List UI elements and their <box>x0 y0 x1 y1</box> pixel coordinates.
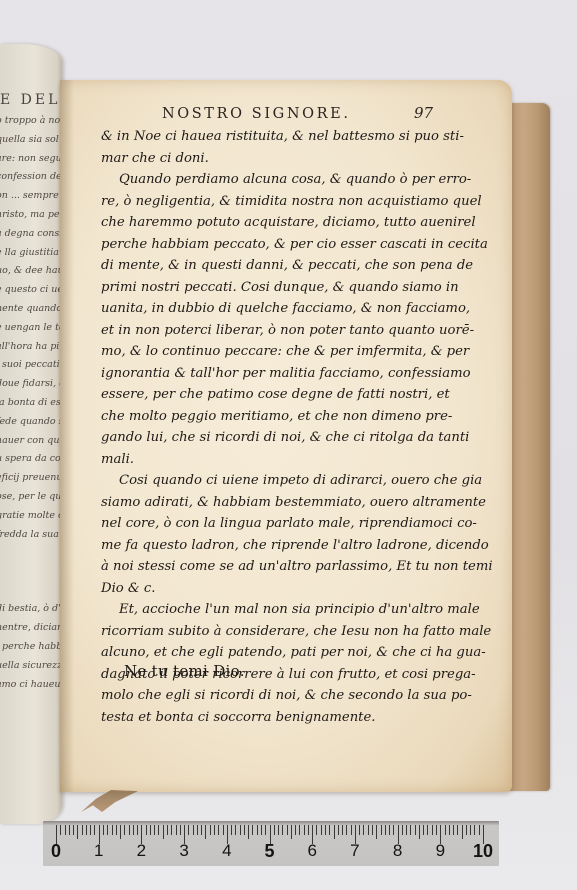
ruler-tick <box>180 825 181 835</box>
left-page-line: uella sicurezza <box>0 657 62 676</box>
ruler-tick <box>146 825 147 835</box>
ruler-tick <box>381 825 382 835</box>
ruler-tick <box>470 825 471 835</box>
ruler-tick <box>274 825 275 835</box>
left-page-line: , perche habbia <box>0 638 62 657</box>
text-line: essere, per che patimo cose degne de fat… <box>101 384 437 406</box>
ruler-label: 9 <box>436 841 445 861</box>
ruler-tick <box>214 825 215 835</box>
left-page-line: eficij preuenuto <box>0 469 62 488</box>
ruler-tick <box>257 825 258 835</box>
running-head-title: NOSTRO SIGNORE. <box>162 106 351 122</box>
ruler-tick <box>188 825 189 835</box>
ruler-tick <box>466 825 467 835</box>
left-page-line: a degna consideratio <box>0 225 62 244</box>
running-head: NOSTRO SIGNORE. 97 <box>162 106 452 122</box>
ruler-tick <box>158 825 159 835</box>
ruler-tick <box>372 825 373 835</box>
ruler-tick <box>265 825 266 835</box>
text-line: Dio & c. <box>101 578 437 600</box>
gutter-shadow <box>60 80 74 792</box>
ruler-tick <box>94 825 95 835</box>
ruler-tick <box>171 825 172 835</box>
ruler-tick <box>65 825 66 835</box>
ruler-tick <box>351 825 352 835</box>
left-page-line: amo ci haueua <box>0 676 62 695</box>
ruler-tick <box>201 825 202 835</box>
text-line: primi nostri peccati. Cosi dunque, & qua… <box>101 277 437 299</box>
text-line: re, ò negligentia, & timidita nostra non… <box>101 191 437 213</box>
ruler-tick <box>316 825 317 835</box>
left-page-line: nentre, diciamo <box>0 619 62 638</box>
left-page-line: i suoi peccati, & <box>0 356 62 375</box>
ruler-label: 8 <box>393 841 402 861</box>
ruler-tick <box>150 825 151 835</box>
left-page-line: hauer con quello <box>0 432 62 451</box>
ruler-tick <box>107 825 108 835</box>
text-line: uanita, in dubbio di quelche facciamo, &… <box>101 298 437 320</box>
text-line: di mente, & in questi danni, & peccati, … <box>101 255 437 277</box>
ruler-tick <box>321 825 322 835</box>
left-page-line: fede quando s'hau <box>0 413 62 432</box>
ruler-tick <box>308 825 309 835</box>
ruler-label: 10 <box>473 841 493 862</box>
left-page-line: e questo ci uengo <box>0 281 62 300</box>
ruler-tick <box>304 825 305 835</box>
ruler-tick <box>449 825 450 835</box>
ruler-tick <box>167 825 168 835</box>
ruler-tick <box>342 825 343 835</box>
text-line: ricorriam subito à considerare, che Iesu… <box>101 621 437 643</box>
ruler-tick <box>235 825 236 835</box>
text-line: Et, acciochе l'un mal non sia principio … <box>101 599 437 621</box>
ruler-tick <box>282 825 283 835</box>
ruler-tick <box>261 825 262 835</box>
ruler-tick <box>129 825 130 835</box>
ruler-tick <box>299 825 300 835</box>
ruler-tick <box>338 825 339 835</box>
ruler-tick <box>60 825 61 835</box>
left-running-head: E DEL <box>0 92 60 108</box>
ruler-label: 0 <box>51 841 61 862</box>
measuring-scale: 012345678910 <box>43 821 499 866</box>
ruler-tick <box>278 825 279 835</box>
ruler-tick <box>205 825 206 839</box>
ruler-tick <box>287 825 288 835</box>
text-line: Quando perdiamo alcuna cosa, & quando ò … <box>101 169 437 191</box>
ruler-tick <box>402 825 403 835</box>
left-page-line: quella sia sol di Chri <box>0 131 62 150</box>
ruler-tick <box>334 825 335 839</box>
ruler-tick <box>385 825 386 835</box>
text-line: et in non poterci liberar, ò non poter t… <box>101 320 437 342</box>
left-page-text: o troppo à noi stessiquella sia sol di C… <box>0 112 62 694</box>
book-cover <box>508 103 550 791</box>
left-page-line: ose, per le quali <box>0 488 62 507</box>
text-line: testa et bonta ci soccorra benignamente. <box>101 707 437 729</box>
ruler-tick <box>248 825 249 839</box>
ruler-tick <box>436 825 437 835</box>
text-line: mo, & lo continuo peccare: che & per imf… <box>101 341 437 363</box>
ruler-tick <box>376 825 377 839</box>
ruler-tick <box>244 825 245 835</box>
text-line: me fa questo ladron, che riprende l'altr… <box>101 535 437 557</box>
text-line: ignorantia & tall'hor per malitia faccia… <box>101 363 437 385</box>
text-line: che haremmo potuto acquistare, diciamo, … <box>101 212 437 234</box>
ruler-tick <box>137 825 138 835</box>
ruler-tick <box>133 825 134 835</box>
text-line: à noi stessi come se ad un'altro parlass… <box>101 556 437 578</box>
ruler-tick <box>295 825 296 835</box>
ruler-tick <box>176 825 177 835</box>
ruler-label: 4 <box>222 841 231 861</box>
ruler-tick <box>419 825 420 839</box>
text-line: Cosi quando ci uiene impeto di adirarci,… <box>101 470 437 492</box>
ruler-tick <box>231 825 232 835</box>
ruler-tick <box>223 825 224 835</box>
text-line: che molto peggio meritiamo, et che non d… <box>101 406 437 428</box>
left-page-line: la bonta di esso Dio <box>0 394 62 413</box>
left-page-line: u spera da colui <box>0 450 62 469</box>
page-number: 97 <box>414 104 433 122</box>
text-line: siamo adirati, & habbiam bestemmiato, ou… <box>101 492 437 514</box>
text-line: mar che ci doni. <box>101 148 437 170</box>
ruler-tick <box>445 825 446 835</box>
ruler-tick <box>82 825 83 835</box>
ruler-label: 7 <box>350 841 359 861</box>
ruler-tick <box>423 825 424 835</box>
left-page-line: confession de suoi <box>0 168 62 187</box>
text-line: & in Noe ci haueа ristituita, & nel batt… <box>101 126 437 148</box>
ruler-label: 2 <box>137 841 146 861</box>
left-page-line: on ... sempre in ... <box>0 187 62 206</box>
ruler-tick <box>462 825 463 839</box>
ruler-label: 5 <box>264 841 274 862</box>
ruler-tick <box>218 825 219 835</box>
ruler-tick <box>69 825 70 835</box>
ruler-tick <box>120 825 121 839</box>
ruler-tick <box>393 825 394 835</box>
left-page-line: are: non seguiriamo <box>0 150 62 169</box>
ruler-tick <box>474 825 475 835</box>
left-page-line: all'hora ha piu bis <box>0 338 62 357</box>
text-line: molo che egli si ricordi di noi, & che s… <box>101 685 437 707</box>
left-page-line: e uengan le tempe <box>0 319 62 338</box>
left-page-line: nente quando siamo <box>0 300 62 319</box>
ruler-tick <box>210 825 211 835</box>
ruler-tick <box>103 825 104 835</box>
ruler-tick <box>389 825 390 835</box>
left-page-line: di bestia, ò d'huomo <box>0 600 62 619</box>
ruler-label: 6 <box>307 841 316 861</box>
ruler-tick <box>432 825 433 835</box>
ruler-tick <box>73 825 74 835</box>
left-page-line: e lla giustitia di Chri <box>0 244 62 263</box>
text-line: gando lui, che si ricordi di noi, & che … <box>101 427 437 449</box>
ruler-tick <box>163 825 164 839</box>
text-line: alcuno, et che egli patendo, pati per no… <box>101 642 437 664</box>
closing-heading: Ne tu temi Dio. <box>124 662 245 680</box>
ruler-tick <box>154 825 155 835</box>
ruler-tick <box>197 825 198 835</box>
ruler-tick <box>346 825 347 835</box>
ruler-tick <box>252 825 253 835</box>
ruler-tick <box>193 825 194 835</box>
text-line: perche habbiam peccato, & per cio esser … <box>101 234 437 256</box>
left-page: E DEL o troppo à noi stessiquella sia so… <box>0 44 62 824</box>
text-line: mali. <box>101 449 437 471</box>
ruler-tick <box>427 825 428 835</box>
ruler-tick <box>124 825 125 835</box>
left-page-line: o troppo à noi stessi <box>0 112 62 131</box>
ruler-label: 3 <box>179 841 188 861</box>
ruler-tick <box>368 825 369 835</box>
text-line: nel core, ò con la lingua parlato male, … <box>101 513 437 535</box>
ruler-tick <box>86 825 87 835</box>
ruler-tick <box>363 825 364 835</box>
ruler-tick <box>479 825 480 835</box>
left-page-line: fredda la sua liber <box>0 526 62 545</box>
left-page-line: gratie molte che <box>0 507 62 526</box>
ruler-tick <box>359 825 360 835</box>
ruler-tick <box>77 825 78 839</box>
body-text: & in Noe ci haueа ristituita, & nel batt… <box>101 126 437 728</box>
ruler-label: 1 <box>94 841 103 861</box>
ruler-tick <box>325 825 326 835</box>
ruler-tick <box>410 825 411 835</box>
ruler-tick <box>90 825 91 835</box>
left-page-line: doue fidarsi, & <box>0 375 62 394</box>
ruler-tick <box>457 825 458 835</box>
ruler-tick <box>453 825 454 835</box>
ruler-tick <box>291 825 292 839</box>
ruler-tick <box>329 825 330 835</box>
ruler-tick <box>240 825 241 835</box>
ruler-tick <box>116 825 117 835</box>
left-page-line: uo, & dee hauer <box>0 262 62 281</box>
ruler-tick <box>415 825 416 835</box>
ruler-tick <box>112 825 113 835</box>
ruler-tick <box>406 825 407 835</box>
left-page-line: hristo, ma per ... <box>0 206 62 225</box>
